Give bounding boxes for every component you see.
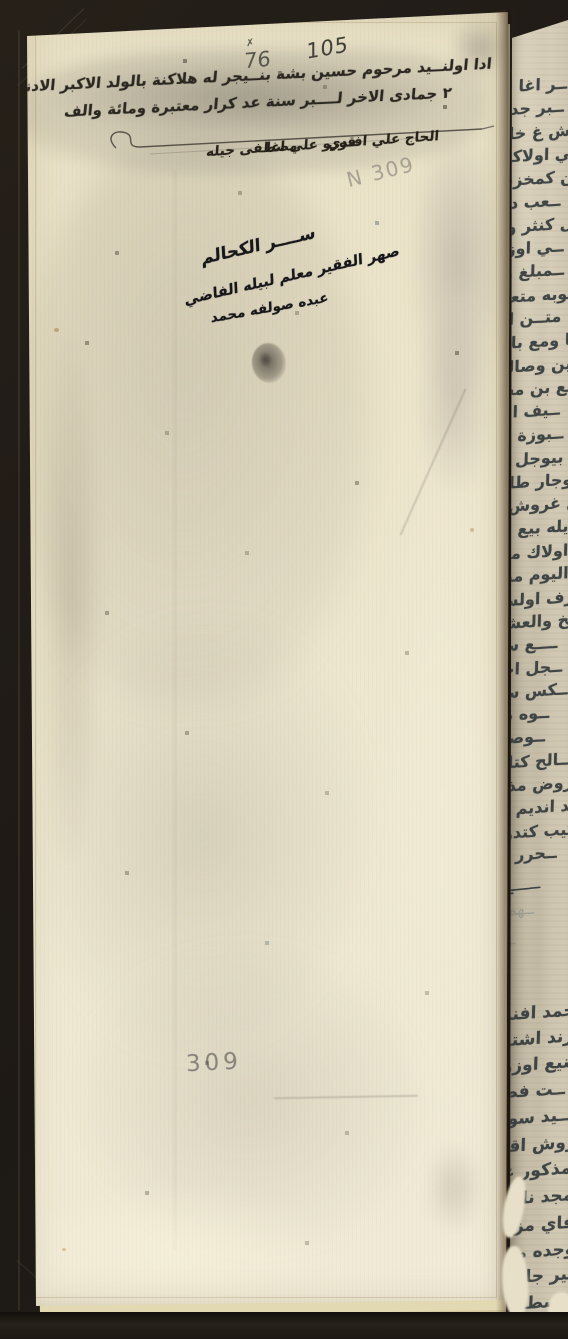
facing-line: ــي اولاك مبلغ bbox=[509, 538, 568, 564]
facing-line: ــش غ خاصل bbox=[509, 119, 568, 144]
folio-number-ink: 105 bbox=[306, 32, 348, 64]
manuscript-left-page: 105 76 ✗ ادا اولنــيد مرحوم حسين بشه بنـ… bbox=[24, 10, 510, 1308]
signature: مصطفى جيله bbox=[206, 138, 299, 161]
facing-line: ــلوبه متعلقه bbox=[509, 283, 568, 308]
book-scan: 105 76 ✗ ادا اولنــيد مرحوم حسين بشه بنـ… bbox=[0, 0, 568, 1339]
ink-smudge-fingerprint bbox=[249, 341, 288, 385]
facing-line: ــبوزة واقع bbox=[509, 423, 564, 447]
facing-line: ــين وصالحه bbox=[509, 353, 568, 378]
facing-line: ــوجار طامي bbox=[509, 469, 568, 494]
check-mark: ✗ bbox=[245, 37, 255, 49]
facing-line: زا بيوجل بيو bbox=[509, 446, 568, 471]
foxing-spot bbox=[470, 528, 474, 532]
clean-paper-area bbox=[24, 1188, 324, 1310]
facing-line: ــطرف اولسون bbox=[509, 585, 568, 612]
facing-line: ايله بيع وتيل bbox=[509, 516, 568, 541]
facing-line: ــبر جديجه bbox=[509, 97, 564, 121]
facing-line: كيب كتدولر bbox=[509, 819, 568, 844]
water-stain bbox=[426, 1144, 482, 1232]
foxing-specks bbox=[24, 10, 26, 12]
facing-line: ــمخ والعشرين bbox=[509, 608, 568, 634]
binding-edge-highlight bbox=[18, 30, 20, 1310]
foxing-spot bbox=[62, 1248, 66, 1251]
foxing-spot bbox=[54, 328, 59, 332]
facing-line: ــن كمخزفلد bbox=[509, 166, 568, 191]
water-stain bbox=[82, 950, 416, 1246]
facing-line: ــمبلغ وتو bbox=[509, 260, 564, 284]
facing-line: ــيد سوال bbox=[509, 1105, 568, 1131]
manuscript-right-page-edge: ـــــے ــر اغا ابنــبر جديجهــش غ خاصلــ… bbox=[509, 12, 568, 1324]
facing-line: ــغ محمد افندي bbox=[509, 997, 568, 1026]
vertical-fold-line bbox=[174, 170, 176, 1250]
marginal-note-line: صهر الفقير معلم لبيله الفاضي bbox=[184, 243, 400, 309]
ink-smudge-stain bbox=[54, 60, 446, 132]
facing-line: ــي اولاكبيوك bbox=[509, 143, 568, 169]
facing-line: ــر اغا ابن bbox=[509, 74, 568, 98]
facing-line: ــيف انورد bbox=[509, 400, 560, 424]
water-stain bbox=[40, 620, 364, 1050]
facing-line: ــما ومع بالطل bbox=[509, 329, 568, 355]
facing-line: ــقد انديم ولور bbox=[509, 795, 568, 821]
facing-line: ــع بن محمد bbox=[509, 376, 568, 401]
marginal-note-line: ســــر الكحالم bbox=[201, 223, 316, 270]
facing-line: ــهم در bbox=[509, 899, 535, 921]
facing-line: ــحرر في bbox=[509, 843, 557, 867]
facing-line: ــرند اشتــى bbox=[509, 1025, 568, 1052]
facing-line: ــالح كتابذة bbox=[509, 749, 568, 773]
clean-paper-area bbox=[380, 430, 504, 1130]
plate-crease-line bbox=[35, 22, 497, 1298]
mottled-stain bbox=[418, 306, 492, 494]
water-stain bbox=[38, 336, 102, 866]
facing-line: ــت فضدنر bbox=[509, 1078, 565, 1104]
diagonal-crease-line bbox=[400, 389, 467, 536]
faint-pencil-underline bbox=[274, 1095, 418, 1100]
facing-line: ــعب دفتر bbox=[509, 190, 561, 214]
marginal-note-line: عبده صولفه محمد bbox=[211, 290, 329, 327]
facing-line: ــع غروش بيع bbox=[509, 492, 568, 518]
header-text-line: ادا اولنــيد مرحوم حسين بشه بنــيجر له ه… bbox=[31, 55, 492, 96]
facing-line: ــد اليوم منزل bbox=[509, 562, 568, 588]
catalog-number-pencil: N 309 bbox=[344, 152, 417, 192]
mottled-stain bbox=[412, 128, 504, 400]
facing-line: ــروض مذكور bbox=[509, 772, 568, 798]
signature: قورو علي اغا bbox=[266, 134, 357, 156]
facing-page-text: ـــــے ــر اغا ابنــبر جديجهــش غ خاصلــ… bbox=[509, 12, 568, 1324]
flourish-rule bbox=[86, 114, 506, 158]
header-text-line: ٢ جمادى الاخر لــــبر سنة عد كرار معتبرة… bbox=[31, 84, 452, 123]
ink-smudge-stain bbox=[24, 48, 486, 174]
binding-bottom bbox=[0, 1312, 568, 1339]
facing-line: ــل كنثر ومحا bbox=[509, 213, 568, 239]
facing-line: ــروش اقرار bbox=[509, 1131, 568, 1158]
facing-line: ــجل احمد bbox=[509, 656, 562, 680]
signature: الحاج علي افندي bbox=[328, 128, 440, 152]
facing-line: ــنيع اوزرينه bbox=[509, 1051, 568, 1078]
facing-line: ــي اوزرينه bbox=[509, 236, 564, 260]
facing-line: ــوصانه bbox=[509, 727, 545, 750]
facing-line: ــكس سع ء bbox=[509, 679, 568, 703]
archival-number-pencil: 309 bbox=[185, 1049, 242, 1078]
facing-line: ــــع ســـ bbox=[509, 633, 558, 656]
facing-line: ــوه بهايه bbox=[509, 703, 549, 727]
water-stain bbox=[30, 138, 374, 704]
secondary-number-ink: 76 bbox=[244, 47, 271, 73]
facing-line: متــن ابراء bbox=[509, 306, 562, 330]
facing-line-flourish: ـــــے bbox=[509, 872, 541, 897]
